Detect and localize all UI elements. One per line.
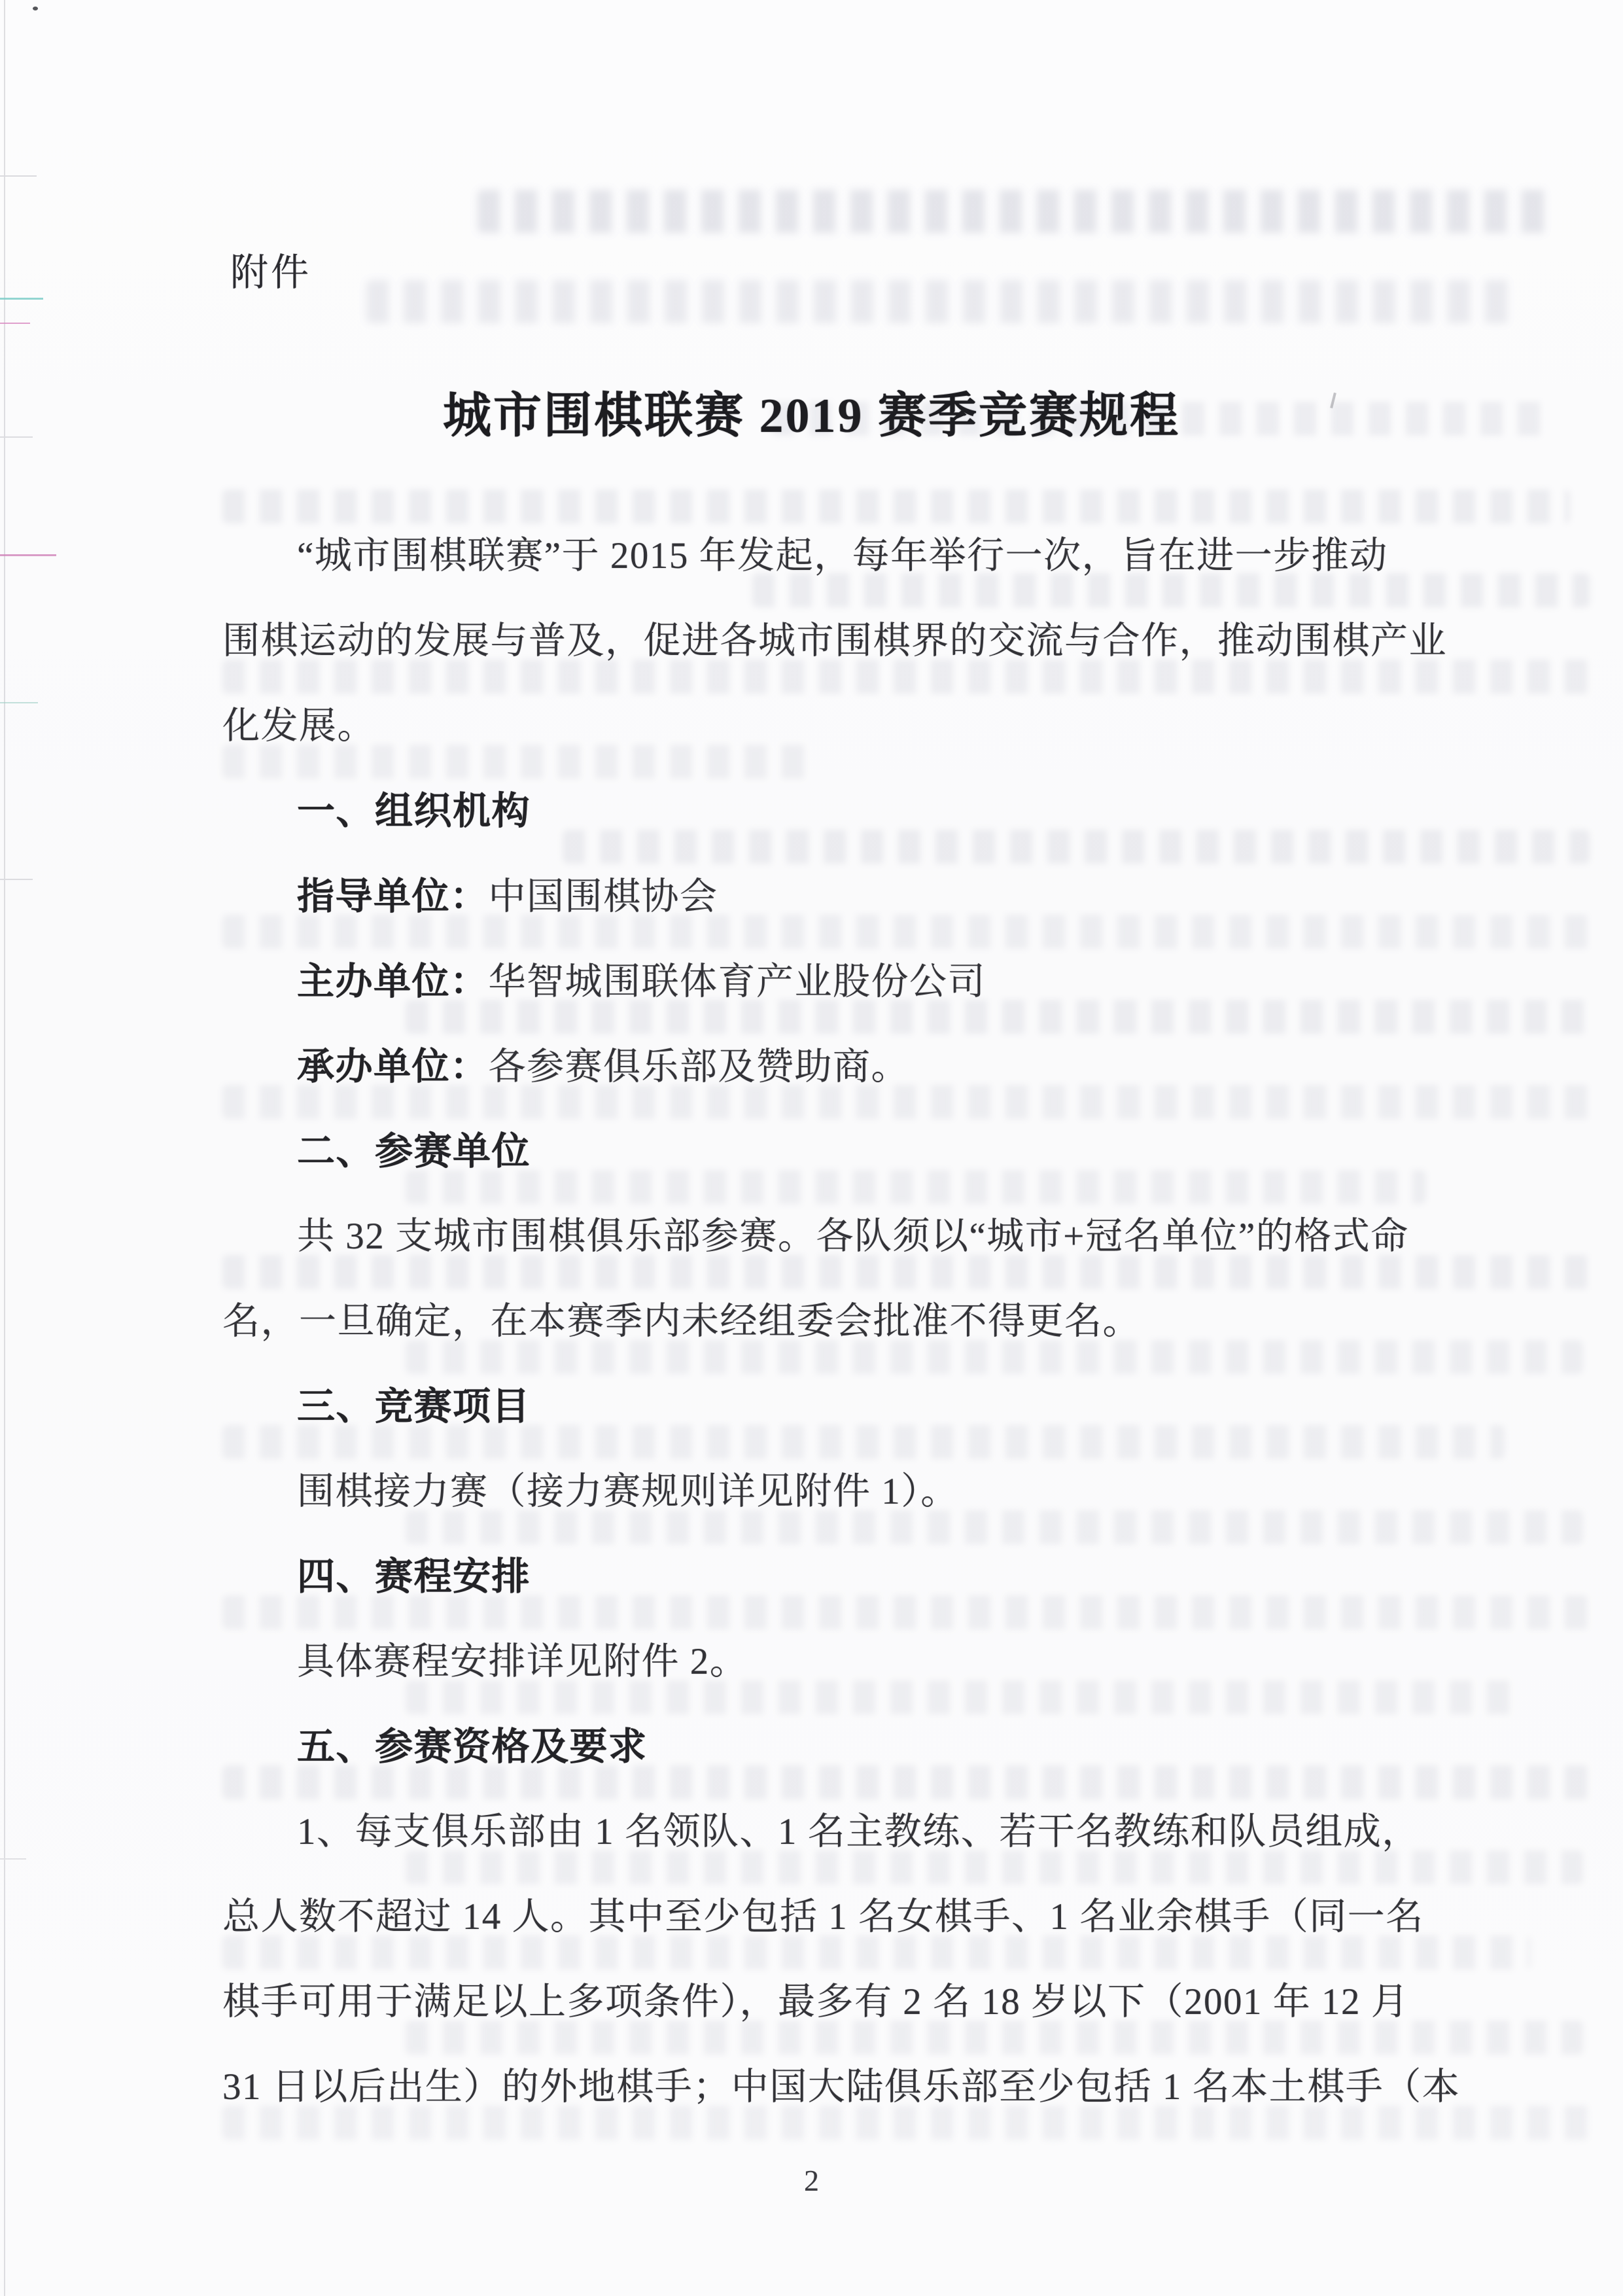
- bleedthrough-row: [222, 1935, 1531, 1969]
- bleedthrough-row: [406, 1680, 1518, 1714]
- unit-value: 华智城围联体育产业股份公司: [489, 961, 986, 1002]
- body-line: 棋手可用于满足以上多项条件），最多有 2 名 18 岁以下（2001 年 12 …: [222, 1981, 1409, 2023]
- bleedthrough-row: [752, 573, 1590, 607]
- bleedthrough-row: [406, 2021, 1583, 2055]
- section-heading-schedule: 四、赛程安排: [297, 1556, 531, 1598]
- bleedthrough-row: [222, 1255, 1590, 1289]
- unit-label: 主办单位：: [297, 961, 489, 1002]
- bleedthrough-row: [406, 1510, 1583, 1544]
- bleedthrough-row: [406, 1340, 1583, 1374]
- section-heading-events: 三、竞赛项目: [297, 1386, 531, 1428]
- scan-artifact-vertical-line: [4, 0, 5, 2296]
- bleedthrough-row: [406, 1000, 1590, 1034]
- body-line: 具体赛程安排详见附件 2。: [297, 1641, 748, 1683]
- scan-artifact-magenta-line: [0, 554, 56, 556]
- intro-line: 化发展。: [222, 705, 375, 747]
- unit-value: 中国围棋协会: [489, 876, 718, 917]
- bleedthrough-row: [222, 1425, 1505, 1459]
- bleedthrough-row: [222, 1765, 1590, 1799]
- bleedthrough-row: [478, 190, 1550, 233]
- scan-artifact-line: [0, 1858, 26, 1860]
- page-title: 城市围棋联赛 2019 赛季竞赛规程: [0, 377, 1623, 446]
- scan-artifact-speck: [33, 7, 38, 10]
- bleedthrough-row: [222, 1085, 1590, 1119]
- bleedthrough-row: [222, 915, 1590, 949]
- page-number: 2: [0, 2163, 1623, 2198]
- intro-line: 围棋运动的发展与普及，促进各城市围棋界的交流与合作，推动围棋产业: [222, 620, 1447, 662]
- scan-artifact-line: [0, 879, 33, 880]
- body-line: 名，一旦确定，在本赛季内未经组委会批准不得更名。: [222, 1301, 1141, 1343]
- intro-line: “城市围棋联赛”于 2015 年发起，每年举行一次，旨在进一步推动: [297, 535, 1388, 577]
- org-unit-line: 指导单位：中国围棋协会: [297, 875, 718, 918]
- body-line: 共 32 支城市围棋俱乐部参赛。各队须以“城市+冠名单位”的格式命: [297, 1216, 1409, 1258]
- section-heading-participants: 二、参赛单位: [297, 1131, 531, 1173]
- scan-artifact-magenta-line: [0, 323, 30, 324]
- attachment-label: 附件: [230, 241, 311, 296]
- body-line: 总人数不超过 14 人。其中至少包括 1 名女棋手、1 名业余棋手（同一名: [222, 1896, 1424, 1938]
- unit-label: 指导单位：: [297, 875, 489, 917]
- section-heading-organization: 一、组织机构: [297, 790, 531, 832]
- bleedthrough-row: [563, 830, 1590, 864]
- unit-label: 承办单位：: [297, 1046, 489, 1087]
- bleedthrough-row: [406, 1850, 1583, 1884]
- bleedthrough-row: [222, 660, 1590, 694]
- org-unit-line: 主办单位：华智城围联体育产业股份公司: [297, 961, 986, 1003]
- bleedthrough-row: [222, 489, 1570, 523]
- scan-artifact-line: [0, 175, 37, 177]
- body-line: 1、每支俱乐部由 1 名领队、1 名主教练、若干名教练和队员组成，: [297, 1811, 1420, 1853]
- body-line: 31 日以后出生）的外地棋手；中国大陆俱乐部至少包括 1 名本土棋手（本: [222, 2066, 1460, 2108]
- section-heading-eligibility: 五、参赛资格及要求: [297, 1726, 648, 1768]
- bleedthrough-row: [222, 2106, 1590, 2140]
- bleedthrough-row: [366, 280, 1518, 323]
- bleedthrough-row: [406, 1170, 1426, 1204]
- bleedthrough-row: [222, 745, 811, 779]
- unit-value: 各参赛俱乐部及赞助商。: [489, 1046, 910, 1087]
- body-line: 围棋接力赛（接力赛规则详见附件 1）。: [297, 1471, 959, 1513]
- scan-artifact-cyan-line: [0, 298, 43, 300]
- scanned-document-page: 附件 城市围棋联赛 2019 赛季竞赛规程 “城市围棋联赛”于 2015 年发起…: [0, 0, 1623, 2296]
- bleedthrough-row: [222, 1595, 1590, 1629]
- org-unit-line: 承办单位：各参赛俱乐部及赞助商。: [297, 1046, 909, 1088]
- scan-artifact-teal-line: [0, 702, 38, 703]
